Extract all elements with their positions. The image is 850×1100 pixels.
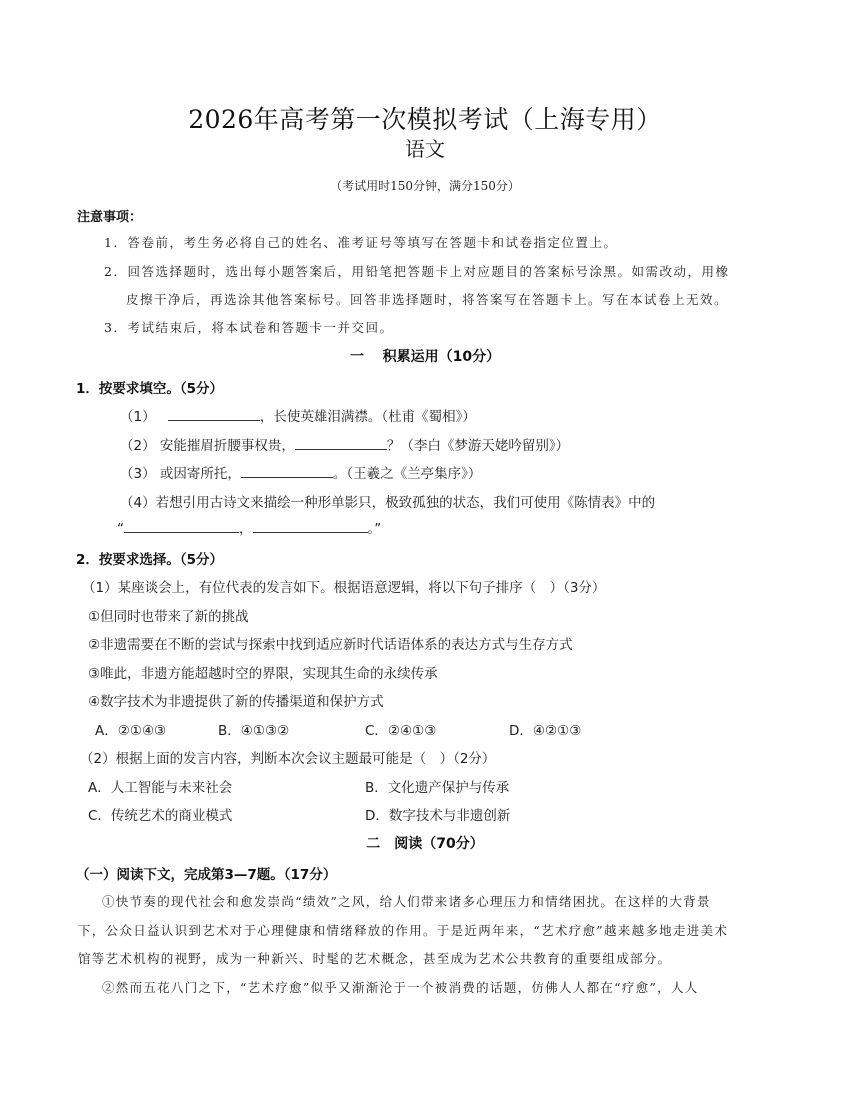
exam-title: 2026年高考第一次模拟考试（上海专用） (0, 100, 850, 136)
q1-item-2: （2） 安能摧眉折腰事权贵，？（李白《梦游天姥吟留别》） (120, 434, 569, 454)
paragraph-2-line-1: ②然而五花八门之下，“艺术疗愈”似乎又渐渐沦于一个被消费的话题，仿佛人人都在“疗… (102, 978, 699, 996)
option-d[interactable]: D．数字技术与非遗创新 (365, 804, 510, 824)
q1-item-2-num: （2） (120, 438, 156, 454)
q1-item-3: （3） 或因寄所托，。（王羲之《兰亭集序》） (120, 462, 481, 482)
q1-item-1-text: ，长使英雄泪满襟。（杜甫《蜀相》） (260, 409, 476, 425)
question-2-title: 2．按要求选择。（5分） (76, 548, 223, 568)
q1-item-1-num: （1） (120, 409, 156, 425)
answer-blank[interactable] (241, 463, 333, 478)
answer-blank[interactable] (168, 406, 260, 421)
notice-item-1: 1．答卷前，考生务必将自己的姓名、准考证号等填写在答题卡和试卷指定位置上。 (104, 233, 617, 251)
notice-item-2-cont: 皮擦干净后，再选涂其他答案标号。回答非选择题时，将答案写在答题卡上。写在本试卷上… (126, 290, 728, 308)
q1-item-3-before: 或因寄所托， (160, 466, 241, 482)
q2-sub-1: （1）某座谈会上，有位代表的发言如下。根据语意逻辑，将以下句子排序（ ）（3分） (82, 576, 605, 596)
option-d[interactable]: D．④②①③ (509, 719, 581, 739)
question-1-title: 1．按要求填空。（5分） (76, 377, 223, 397)
close-quote: 。” (368, 521, 382, 537)
paragraph-1-line-3: 馆等艺术机构的视野，成为一种新兴、时髦的艺术概念，甚至成为艺术公共教育的重要组成… (78, 949, 671, 967)
q2-sub-2: （2）根据上面的发言内容，判断本次会议主题最可能是（ ）（2分） (80, 747, 495, 767)
q1-item-4: （4）若想引用古诗文来描绘一种形单影只，极致孤独的状态，我们可使用《陈情表》中的 (120, 491, 655, 511)
paragraph-1-line-1: ①快节奏的现代社会和愈发崇尚“绩效”之风，给人们带来诸多心理压力和情绪困扰。在这… (102, 892, 711, 910)
notice-heading: 注意事项： (77, 206, 142, 225)
option-b[interactable]: B．④①③② (218, 719, 289, 739)
notice-item-3: 3．考试结束后，将本试卷和答题卡一并交回。 (104, 318, 393, 336)
exam-meta: （考试用时150分钟，满分150分） (0, 177, 850, 194)
section-2-heading: 二 阅读（70分） (0, 833, 850, 853)
answer-blank[interactable] (295, 435, 387, 450)
option-c[interactable]: C．传统艺术的商业模式 (88, 804, 232, 824)
answer-blank[interactable] (253, 518, 368, 533)
notice-item-2: 2．回答选择题时，选出每小题答案后，用铅笔把答题卡上对应题目的答案标号涂黑。如需… (104, 262, 729, 280)
sentence-4: ④数字技术为非遗提供了新的传播渠道和保护方式 (88, 690, 384, 710)
reading-part-1-title: （一）阅读下文，完成第3—7题。（17分） (76, 863, 336, 883)
answer-blank[interactable] (124, 518, 239, 533)
option-a[interactable]: A．②①④③ (95, 719, 166, 739)
q1-item-4-blanks: “，。” (117, 517, 381, 537)
option-a[interactable]: A．人工智能与未来社会 (88, 776, 232, 796)
section-1-heading: 一 积累运用（10分） (0, 346, 850, 366)
q1-item-2-after: ？（李白《梦游天姥吟留别》） (387, 438, 569, 454)
sentence-2: ②非遗需要在不断的尝试与探索中找到适应新时代话语体系的表达方式与生存方式 (88, 633, 573, 653)
q1-item-2-before: 安能摧眉折腰事权贵， (160, 438, 295, 454)
option-b[interactable]: B．文化遗产保护与传承 (365, 776, 509, 796)
open-quote: “ (117, 521, 124, 537)
sentence-1: ①但同时也带来了新的挑战 (88, 605, 249, 625)
sentence-3: ③唯此，非遗方能超越时空的界限，实现其生命的永续传承 (88, 662, 438, 682)
q1-item-3-num: （3） (120, 466, 156, 482)
comma: ， (239, 521, 253, 537)
q1-item-1: （1） ，长使英雄泪满襟。（杜甫《蜀相》） (120, 405, 476, 425)
exam-subject: 语文 (0, 133, 850, 162)
paragraph-1-line-2: 下，公众日益认识到艺术对于心理健康和情绪释放的作用。于是近两年来，“艺术疗愈”越… (78, 921, 728, 939)
q1-item-3-after: 。（王羲之《兰亭集序》） (333, 466, 482, 482)
option-c[interactable]: C．②④①③ (365, 719, 436, 739)
